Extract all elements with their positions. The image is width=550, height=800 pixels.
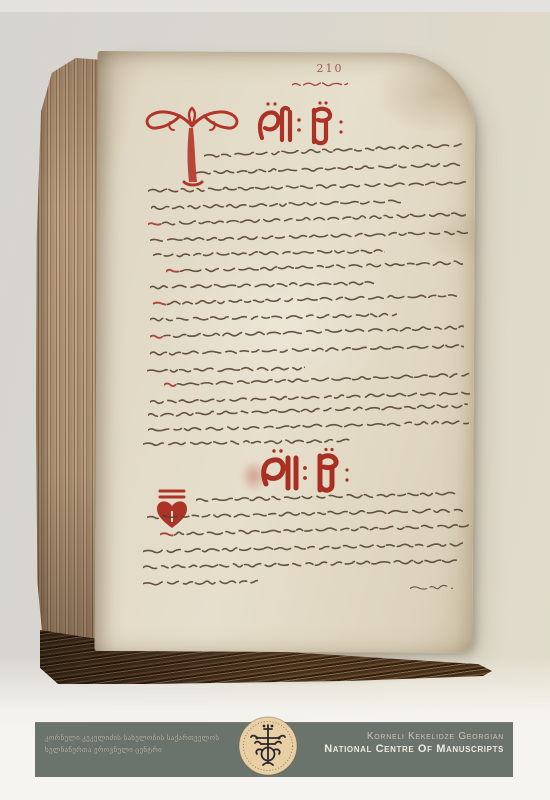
- page-number: 210: [300, 62, 360, 75]
- manuscript-text-line: [143, 435, 350, 451]
- photo-edge-strip: [0, 0, 550, 12]
- chapter-heading-top-calligraphy-icon: [252, 100, 352, 150]
- centre-logo: [238, 716, 298, 776]
- manuscript-photo-post: 210: [0, 0, 550, 800]
- institution-name-georgian-line1: კორნელი კეკელიძის სახელობის საქართველოს: [45, 733, 230, 745]
- institution-name-english-line2: National Centre Of Manuscripts: [324, 743, 504, 756]
- institution-name-english: Korneli Kekelidze Georgian National Cent…: [324, 731, 504, 756]
- grapevine-cross-icon: [238, 716, 298, 776]
- manuscript-text-line: [410, 581, 453, 595]
- manuscript-text-line: [292, 77, 348, 90]
- institution-name-english-line1: Korneli Kekelidze Georgian: [324, 731, 504, 743]
- ornate-initial-heart-icon: [150, 486, 192, 534]
- manuscript-text-line: [143, 576, 258, 590]
- institution-name-georgian: კორნელი კეკელიძის სახელობის საქართველოს …: [45, 733, 230, 757]
- chapter-heading-middle-calligraphy-icon: [254, 448, 358, 496]
- institution-name-georgian-line2: ხელნაწერთა ეროვნული ცენტრი: [45, 745, 230, 757]
